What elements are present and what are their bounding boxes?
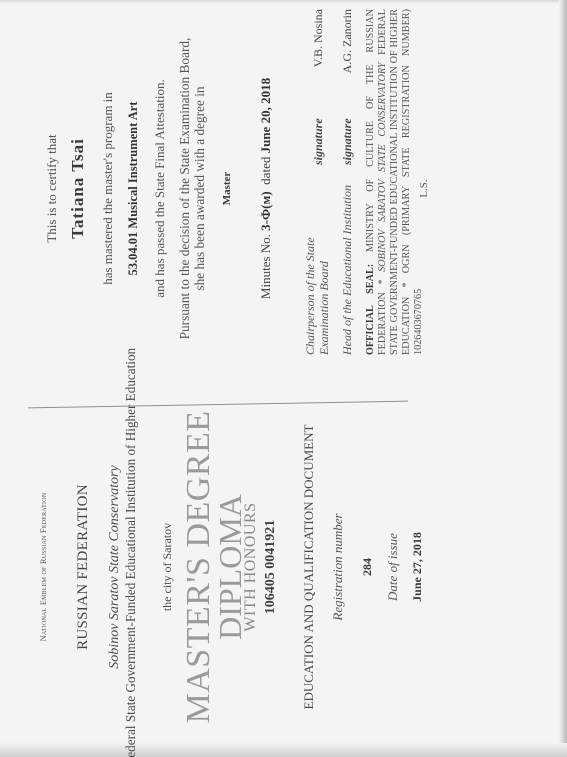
signature-role: Head of the Educational Institution bbox=[340, 185, 354, 355]
role-line2: Examination Board bbox=[317, 261, 331, 355]
signatory-name: A.G. Zanorin bbox=[340, 9, 355, 73]
city: the city of Saratov bbox=[160, 377, 175, 757]
signature-mark: signature bbox=[311, 118, 326, 165]
institution-full-name: Federal State Government-Funded Educatio… bbox=[123, 385, 139, 757]
pursuant-line2: she has been awarded with a degree in bbox=[192, 86, 207, 290]
honours-label: WITH HONOURS bbox=[242, 377, 260, 757]
pursuant-text: Pursuant to the decision of the State Ex… bbox=[177, 0, 207, 381]
diploma-certificate-page: This is to certify that Tatiana Tsai has… bbox=[0, 0, 567, 377]
institution-name: Sobinov Saratov State Conservatory bbox=[107, 377, 123, 757]
minutes-line: Minutes No. 3-Ф(м) dated June 20, 2018 bbox=[258, 0, 274, 377]
seal-text-italic: SOBINOV SARATOV STATE CONSERVATORY bbox=[377, 62, 388, 271]
minutes-date: June 20, 2018 bbox=[258, 78, 273, 153]
document-type: EDUCATION AND QUALIFICATION DOCUMENT bbox=[301, 387, 317, 747]
certify-text: This is to certify that bbox=[44, 0, 60, 377]
mastered-text: has mastered the master's program in bbox=[100, 0, 116, 377]
minutes-number: 3-Ф(м) bbox=[258, 191, 273, 231]
pursuant-line1: Pursuant to the decision of the State Ex… bbox=[177, 38, 192, 340]
registration-label: Registration number bbox=[330, 377, 346, 757]
signature-role: Chairperson of the State Examination Boa… bbox=[303, 237, 331, 355]
official-seal-text: OFFICIAL SEAL: MINISTRY OF CULTURE OF TH… bbox=[365, 9, 425, 355]
date-of-issue-label: Date of issue bbox=[385, 377, 401, 757]
minutes-prefix: Minutes No. bbox=[258, 234, 273, 299]
country-name: RUSSIAN FEDERATION bbox=[75, 377, 92, 757]
registration-number: 284 bbox=[360, 377, 375, 757]
serial-number: 106405 0041921 bbox=[263, 377, 279, 757]
role-line1: Chairperson of the State bbox=[303, 237, 317, 355]
signature-mark: signature bbox=[340, 118, 355, 165]
minutes-dated: dated bbox=[258, 157, 273, 185]
diploma-cover-page: National Emblem of Russian Federation RU… bbox=[0, 377, 567, 757]
diploma-page: National Emblem of Russian Federation RU… bbox=[0, 0, 567, 757]
date-of-issue: June 27, 2018 bbox=[410, 377, 425, 757]
graduate-name: Tatiana Tsai bbox=[68, 0, 88, 377]
locus-sigilli: L.S. bbox=[418, 0, 430, 377]
seal-label: OFFICIAL SEAL: bbox=[365, 264, 376, 355]
degree-awarded: Master bbox=[221, 0, 233, 377]
emblem-caption: National Emblem of Russian Federation bbox=[38, 377, 48, 757]
passed-text: and has passed the State Final Attestati… bbox=[152, 0, 168, 377]
program-name: 53.04.01 Musical Instrument Art bbox=[126, 0, 141, 377]
signatory-name: V.B. Nosina bbox=[311, 9, 326, 67]
